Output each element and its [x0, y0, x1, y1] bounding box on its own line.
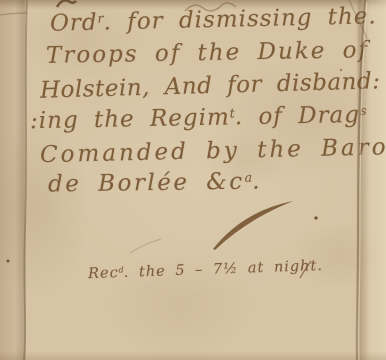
line-text: . of Drag	[235, 102, 361, 130]
line-text: Ord	[50, 10, 98, 37]
line-text: :ing the Regim	[30, 104, 230, 134]
line-text: Comanded by the Baron	[40, 134, 386, 168]
paper-fold-left	[0, 0, 27, 360]
paper-edge-bottom	[0, 351, 386, 360]
manuscript-line: :ing the Regimt. of Drags	[30, 102, 367, 134]
manuscript-line: Holstein, And for disband:	[40, 68, 381, 103]
manuscript-line: Troops of the Duke of	[46, 37, 369, 69]
line-text: de Borlée &c	[48, 169, 245, 198]
faint-scratch	[130, 239, 161, 253]
ink-speck	[314, 216, 317, 219]
line-text: . the 5 – 7½ at night.	[124, 258, 324, 281]
manuscript-page: Ordr. for dismissing the. Troops of the …	[0, 0, 386, 360]
manuscript-line: Comanded by the Baron	[40, 134, 386, 168]
line-text: . for dismissing the.	[103, 3, 377, 35]
docket-note: Recd. the 5 – 7½ at night.	[88, 258, 323, 282]
manuscript-line: de Borlée &ca.	[48, 169, 262, 198]
line-text: .	[252, 169, 262, 195]
line-text: Troops of the Duke of	[46, 37, 369, 69]
line-text: Holstein, And for disband:	[40, 68, 381, 103]
pen-flourish	[213, 201, 293, 250]
line-text: Rec	[88, 265, 119, 282]
superscript-abbreviation: s	[360, 103, 367, 118]
